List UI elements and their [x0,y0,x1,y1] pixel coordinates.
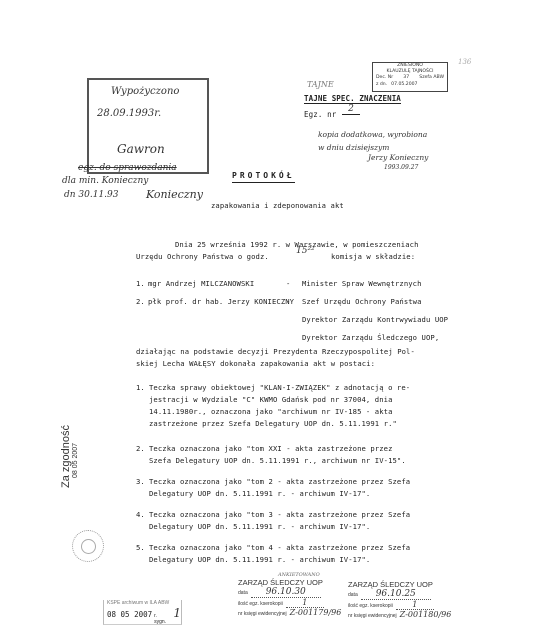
item-number: 1. [136,383,145,392]
zarzad2-l2-label: ilość egz. kserokopii [348,603,393,609]
round-seal [72,530,104,562]
commission-role: Szef Urzędu Ochrony Państwa [302,297,422,306]
item-line: Teczka oznaczona jako "tom XXI - akta za… [149,444,393,453]
loan-note-line2: 28.09.1993r. [97,108,161,119]
commission-num: 1. [136,279,145,288]
zarzad1-date-label: data [238,590,248,596]
commission-dash: - [286,297,290,306]
loan-note-box: Wypożyczono 28.09.1993r. Gawron [87,78,209,174]
handwritten-right-signature: Jerzy Konieczny [368,153,428,162]
zarzad1-l3-value: Z-001179/96 [290,608,342,617]
document-title: PROTOKÓŁ [232,171,295,183]
intro-line2-suffix: komisja w składzie: [331,252,415,261]
zarzad2-date: 96.10.25 [361,589,431,600]
zarzad-stamp-1: ANKIETOWANO ZARZĄD ŚLEDCZY UOP data 96.1… [238,572,338,617]
zarzad1-l2-label: ilość egz. kserokopii [238,601,283,607]
item-line: Teczka oznaczona jako "tom 3 - akta zast… [149,510,410,519]
side-stamp: Za zgodność 08 05 2007 [60,425,79,488]
archive-stamp-suffix: r. sygn. [154,613,167,625]
item-line: Teczka oznaczona jako "tom 2 - akta zast… [149,477,410,486]
commission-dash: - [286,279,290,288]
commission-num: 2. [136,297,145,306]
zarzad2-title: ZARZĄD ŚLEDCZY UOP [348,580,458,589]
declassification-stamp: ZNIESIONO KLAUZULĘ TAJNOŚCI Dec. Nr 37 S… [372,62,448,92]
zarzad1-l2-value: 1 [286,598,324,608]
item-line: zastrzeżone przez Szefa Delegatury UOP d… [149,419,397,428]
intro-time: 15²² [296,246,315,256]
action-line1: działając na podstawie decyzji Prezydent… [136,347,415,356]
item-line: jestracji w Wydziale "C" KWMO Gdańsk pod… [149,395,393,404]
intro-line2-prefix: Urzędu Ochrony Państwa o godz. [136,252,269,261]
zarzad1-l3-label: nr księgi ewidencyjnej [238,611,287,617]
commission-role: Dyrektor Zarządu Kontrwywiadu UOP [302,315,448,324]
zarzad2-l2-value: 1 [396,600,434,610]
zarzad2-date-label: data [348,592,358,598]
item-line: Delegatury UOP dn. 5.11.1991 r. - archiw… [149,489,370,498]
archive-stamp-date: 08 05 2007 [107,610,152,619]
loan-note-signature: Gawron [117,142,165,156]
declass-date-label: z dn. [376,82,387,88]
document-subtitle: zapakowania i zdeponowania akt [211,201,344,210]
handwritten-left-line2: dla min. Konieczny [62,176,148,186]
commission-role: Dyrektor Zarządu Śledczego UOP, [302,333,439,342]
archive-stamp-number: 1 [173,606,181,620]
zarzad2-l3-value: Z-001180/96 [400,610,452,619]
archive-stamp: KSPE archiwum w ILA ABW 08 05 2007 r. sy… [103,600,182,625]
handwritten-right-line1: kopia dodatkowa, wyrobiona [318,130,427,139]
item-line: Teczka oznaczona jako "tom 4 - akta zast… [149,543,410,552]
page-mark: 136 [458,58,471,66]
handwritten-right-date: 1993.09.27 [384,164,418,171]
item-line: Delegatury UOP dn. 5.11.1991 r. - archiw… [149,555,370,564]
handwritten-left-signature: Konieczny [146,188,203,201]
handwritten-left-line1: egz. do sprawozdania [78,163,177,173]
zarzad1-date: 96.10.30 [251,587,321,598]
classification-label: TAJNE SPEC. ZNACZENIA [304,94,401,104]
zarzad2-l3-label: nr księgi ewidencyjnej [348,613,397,619]
item-line: Teczka sprawy obiektowej "KLAN-I-ZWIĄZEK… [149,383,410,392]
item-number: 5. [136,543,145,552]
declass-date-value: 07.05.2007 [391,82,417,88]
copy-number: 2 [342,104,360,115]
loan-note-line1: Wypożyczono [111,86,179,97]
commission-name: płk prof. dr hab. Jerzy KONIECZNY [148,297,294,306]
declass-dec-right: Szefa ABW [419,75,444,81]
commission-role: Minister Spraw Wewnętrznych [302,279,422,288]
side-stamp-text: Za zgodność [60,425,72,488]
copy-label: Egz. nr [304,110,336,119]
item-number: 3. [136,477,145,486]
side-stamp-date: 08 05 2007 [72,425,79,478]
zarzad-stamp-2: ZARZĄD ŚLEDCZY UOP data 96.10.25 ilość e… [348,580,458,619]
item-number: 4. [136,510,145,519]
commission-name: mgr Andrzej MILCZANOWSKI [148,279,254,288]
zarzad1-title: ZARZĄD ŚLEDCZY UOP [238,578,338,587]
action-line2: skiej Lecha WAŁĘSY dokonała zapakowania … [136,359,375,368]
item-number: 2. [136,444,145,453]
item-line: 14.11.1980r., oznaczona jako "archiwum n… [149,407,393,416]
handwritten-left-line3: dn 30.11.93 [64,190,119,200]
handwritten-right-line2: w dniu dzisiejszym [318,143,389,152]
classification-crossed: TAJNE [307,80,334,89]
item-line: Szefa Delegatury UOP dn. 5.11.1991 r., a… [149,456,406,465]
item-line: Delegatury UOP dn. 5.11.1991 r. - archiw… [149,522,370,531]
